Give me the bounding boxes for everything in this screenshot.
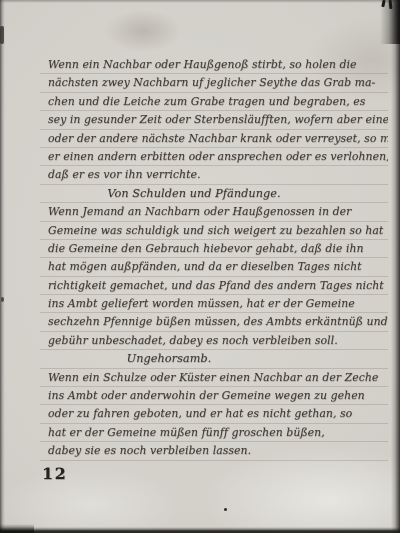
scan-corner-bottom-left bbox=[0, 524, 34, 533]
scan-edge-left bbox=[0, 0, 5, 533]
manuscript-line: nächsten zwey Nachbarn uf jeglicher Seyt… bbox=[40, 74, 388, 92]
manuscript-line: ins Ambt geliefert worden müssen, hat er… bbox=[40, 295, 388, 313]
scan-edge-bottom bbox=[0, 527, 400, 533]
manuscript-scan-page: Wenn ein Nachbar oder Haußgenoß stirbt, … bbox=[0, 0, 400, 533]
handwritten-text-block: Wenn ein Nachbar oder Haußgenoß stirbt, … bbox=[40, 56, 388, 461]
manuscript-line: daß er es vor ihn verrichte. bbox=[40, 166, 388, 184]
ink-speck-left-edge bbox=[1, 297, 4, 302]
section-heading-ungehorsamb: Ungehorsamb. bbox=[40, 350, 388, 368]
scan-corner-top-right bbox=[380, 0, 400, 44]
manuscript-line: sey in gesunder Zeit oder Sterbensläufft… bbox=[40, 111, 388, 129]
manuscript-line: dabey sie es noch verbleiben lassen. bbox=[40, 442, 388, 460]
scan-edge-right bbox=[391, 0, 400, 533]
scan-edge-top bbox=[0, 0, 400, 3]
scan-mark-top-left bbox=[0, 26, 4, 44]
manuscript-line: oder zu fahren geboten, und er hat es ni… bbox=[40, 405, 388, 423]
manuscript-line: ins Ambt oder anderwohin der Gemeine weg… bbox=[40, 387, 388, 405]
manuscript-line: Wenn ein Nachbar oder Haußgenoß stirbt, … bbox=[40, 56, 388, 74]
manuscript-line: gebühr unbeschadet, dabey es noch verble… bbox=[40, 332, 388, 350]
manuscript-line: sechzehn Pfennige büßen müssen, des Ambt… bbox=[40, 313, 388, 331]
manuscript-line: Gemeine was schuldigk und sich weigert z… bbox=[40, 222, 388, 240]
manuscript-line: hat mögen außpfänden, und da er dieselbe… bbox=[40, 258, 388, 276]
corner-mark-fragment-icon bbox=[389, 0, 393, 9]
manuscript-line: chen und die Leiche zum Grabe tragen und… bbox=[40, 93, 388, 111]
manuscript-line: hat er der Gemeine müßen fünff groschen … bbox=[40, 424, 388, 442]
corner-mark-fragment-icon bbox=[381, 0, 385, 7]
manuscript-line: richtigkeit gemachet, und das Pfand des … bbox=[40, 277, 388, 295]
manuscript-line: oder der andere nächste Nachbar krank od… bbox=[40, 130, 388, 148]
manuscript-line: Wenn ein Schulze oder Küster einen Nachb… bbox=[40, 369, 388, 387]
section-heading-schulden: Von Schulden und Pfändunge. bbox=[40, 185, 388, 203]
manuscript-line: er einen andern erbitten oder ansprechen… bbox=[40, 148, 388, 166]
manuscript-line: die Gemeine den Gebrauch hiebevor gehabt… bbox=[40, 240, 388, 258]
manuscript-line: Wenn Jemand an Nachbarn oder Haußgenosse… bbox=[40, 203, 388, 221]
page-number: 12 bbox=[42, 464, 67, 483]
ink-dot-bottom bbox=[224, 508, 227, 511]
